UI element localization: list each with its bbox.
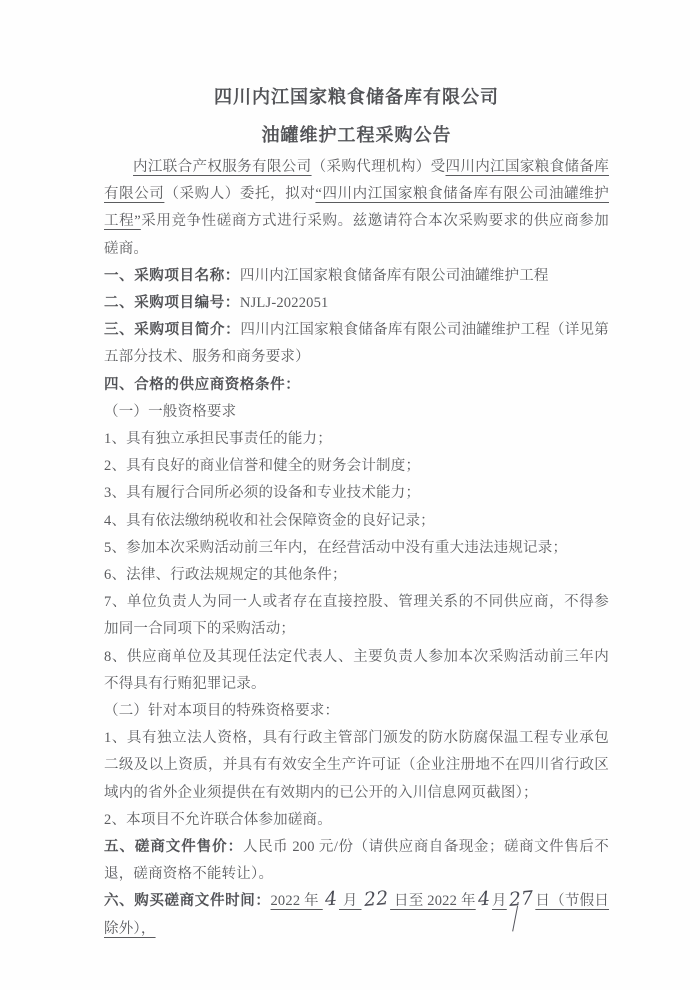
section-label: 二、采购项目编号： [104,295,240,311]
section-label: 一、采购项目名称： [104,268,240,284]
qualification-item-5: 5、参加本次采购活动前三年内，在经营活动中没有重大违法违规记录； [104,535,609,562]
qualification-item-7: 7、单位负责人为同一人或者存在直接控股、管理关系的不同供应商，不得参加同一合同项… [104,589,609,643]
qualification-general-heading: （一）一般资格要求 [104,399,609,426]
intro-paragraph: 内江联合产权服务有限公司（采购代理机构）受四川内江国家粮食储备库有限公司（采购人… [104,154,609,263]
intro-segment-1: （采购代理机构）受 [312,159,446,175]
special-qualification-item-1: 1、具有独立法人资格，具有行政主管部门颁发的防水防腐保温工程专业承包二级及以上资… [104,725,609,807]
agency-name: 内江联合产权服务有限公司 [133,159,312,175]
date-segment: 月 [492,893,507,909]
section-value: 四川内江国家粮食储备库有限公司油罐维护工程 [240,268,549,284]
section-project-name: 一、采购项目名称：四川内江国家粮食储备库有限公司油罐维护工程 [104,263,609,290]
date-segment: 月 [339,893,361,909]
handwritten-day-from: 22 [361,889,391,910]
section-label: 六、购买磋商文件时间： [104,893,270,909]
qualification-special-heading: （二）针对本项目的特殊资格要求： [104,698,609,725]
special-qualification-item-2: 2、本项目不允许联合体参加磋商。 [104,807,609,834]
qualification-item-6: 6、法律、行政法规规定的其他条件； [104,562,609,589]
document-body: 四川内江国家粮食储备库有限公司 油罐维护工程采购公告 内江联合产权服务有限公司（… [104,78,609,943]
qualification-item-2: 2、具有良好的商业信誉和健全的财务会计制度； [104,453,609,480]
qualification-item-3: 3、具有履行合同所必须的设备和专业技术能力； [104,480,609,507]
handwritten-day-to: 27 [506,889,536,910]
qualification-item-1: 1、具有独立承担民事责任的能力； [104,426,609,453]
section-qualification-conditions: 四、合格的供应商资格条件： [104,372,609,399]
section-label: 五、磋商文件售价： [104,839,243,855]
section-label: 三、采购项目简介： [104,322,240,338]
date-segment: 2022 年 [270,893,322,909]
doc-title-company: 四川内江国家粮食储备库有限公司 [104,78,609,116]
section-value: NJLJ-2022051 [240,295,329,311]
section-document-price: 五、磋商文件售价：人民币 200 元/份（请供应商自备现金；磋商文件售后不退，磋… [104,834,609,888]
handwritten-month-to: 4 [475,890,493,910]
section-project-number: 二、采购项目编号：NJLJ-2022051 [104,290,609,317]
intro-segment-2: （采购人）委托，拟对 [164,186,315,202]
intro-segment-3: 采用竞争性磋商方式进行采购。兹邀请符合本次采购要求的供应商参加磋商。 [104,213,609,256]
document-page: 四川内江国家粮食储备库有限公司 油罐维护工程采购公告 内江联合产权服务有限公司（… [0,0,700,990]
handwritten-month-from: 4 [322,890,340,910]
date-segment: 日至 2022 年 [390,893,476,909]
qualification-item-8: 8、供应商单位及其现任法定代表人、主要负责人参加本次采购活动前三年内不得具有行贿… [104,644,609,698]
doc-title-subject: 油罐维护工程采购公告 [104,116,609,154]
section-project-brief: 三、采购项目简介：四川内江国家粮食储备库有限公司油罐维护工程（详见第五部分技术、… [104,317,609,371]
section-label: 四、合格的供应商资格条件： [104,377,300,393]
section-purchase-time: 六、购买磋商文件时间：2022 年 4 月 22 日至 2022 年4月27日（… [104,888,609,942]
qualification-item-4: 4、具有依法缴纳税收和社会保障资金的良好记录； [104,508,609,535]
